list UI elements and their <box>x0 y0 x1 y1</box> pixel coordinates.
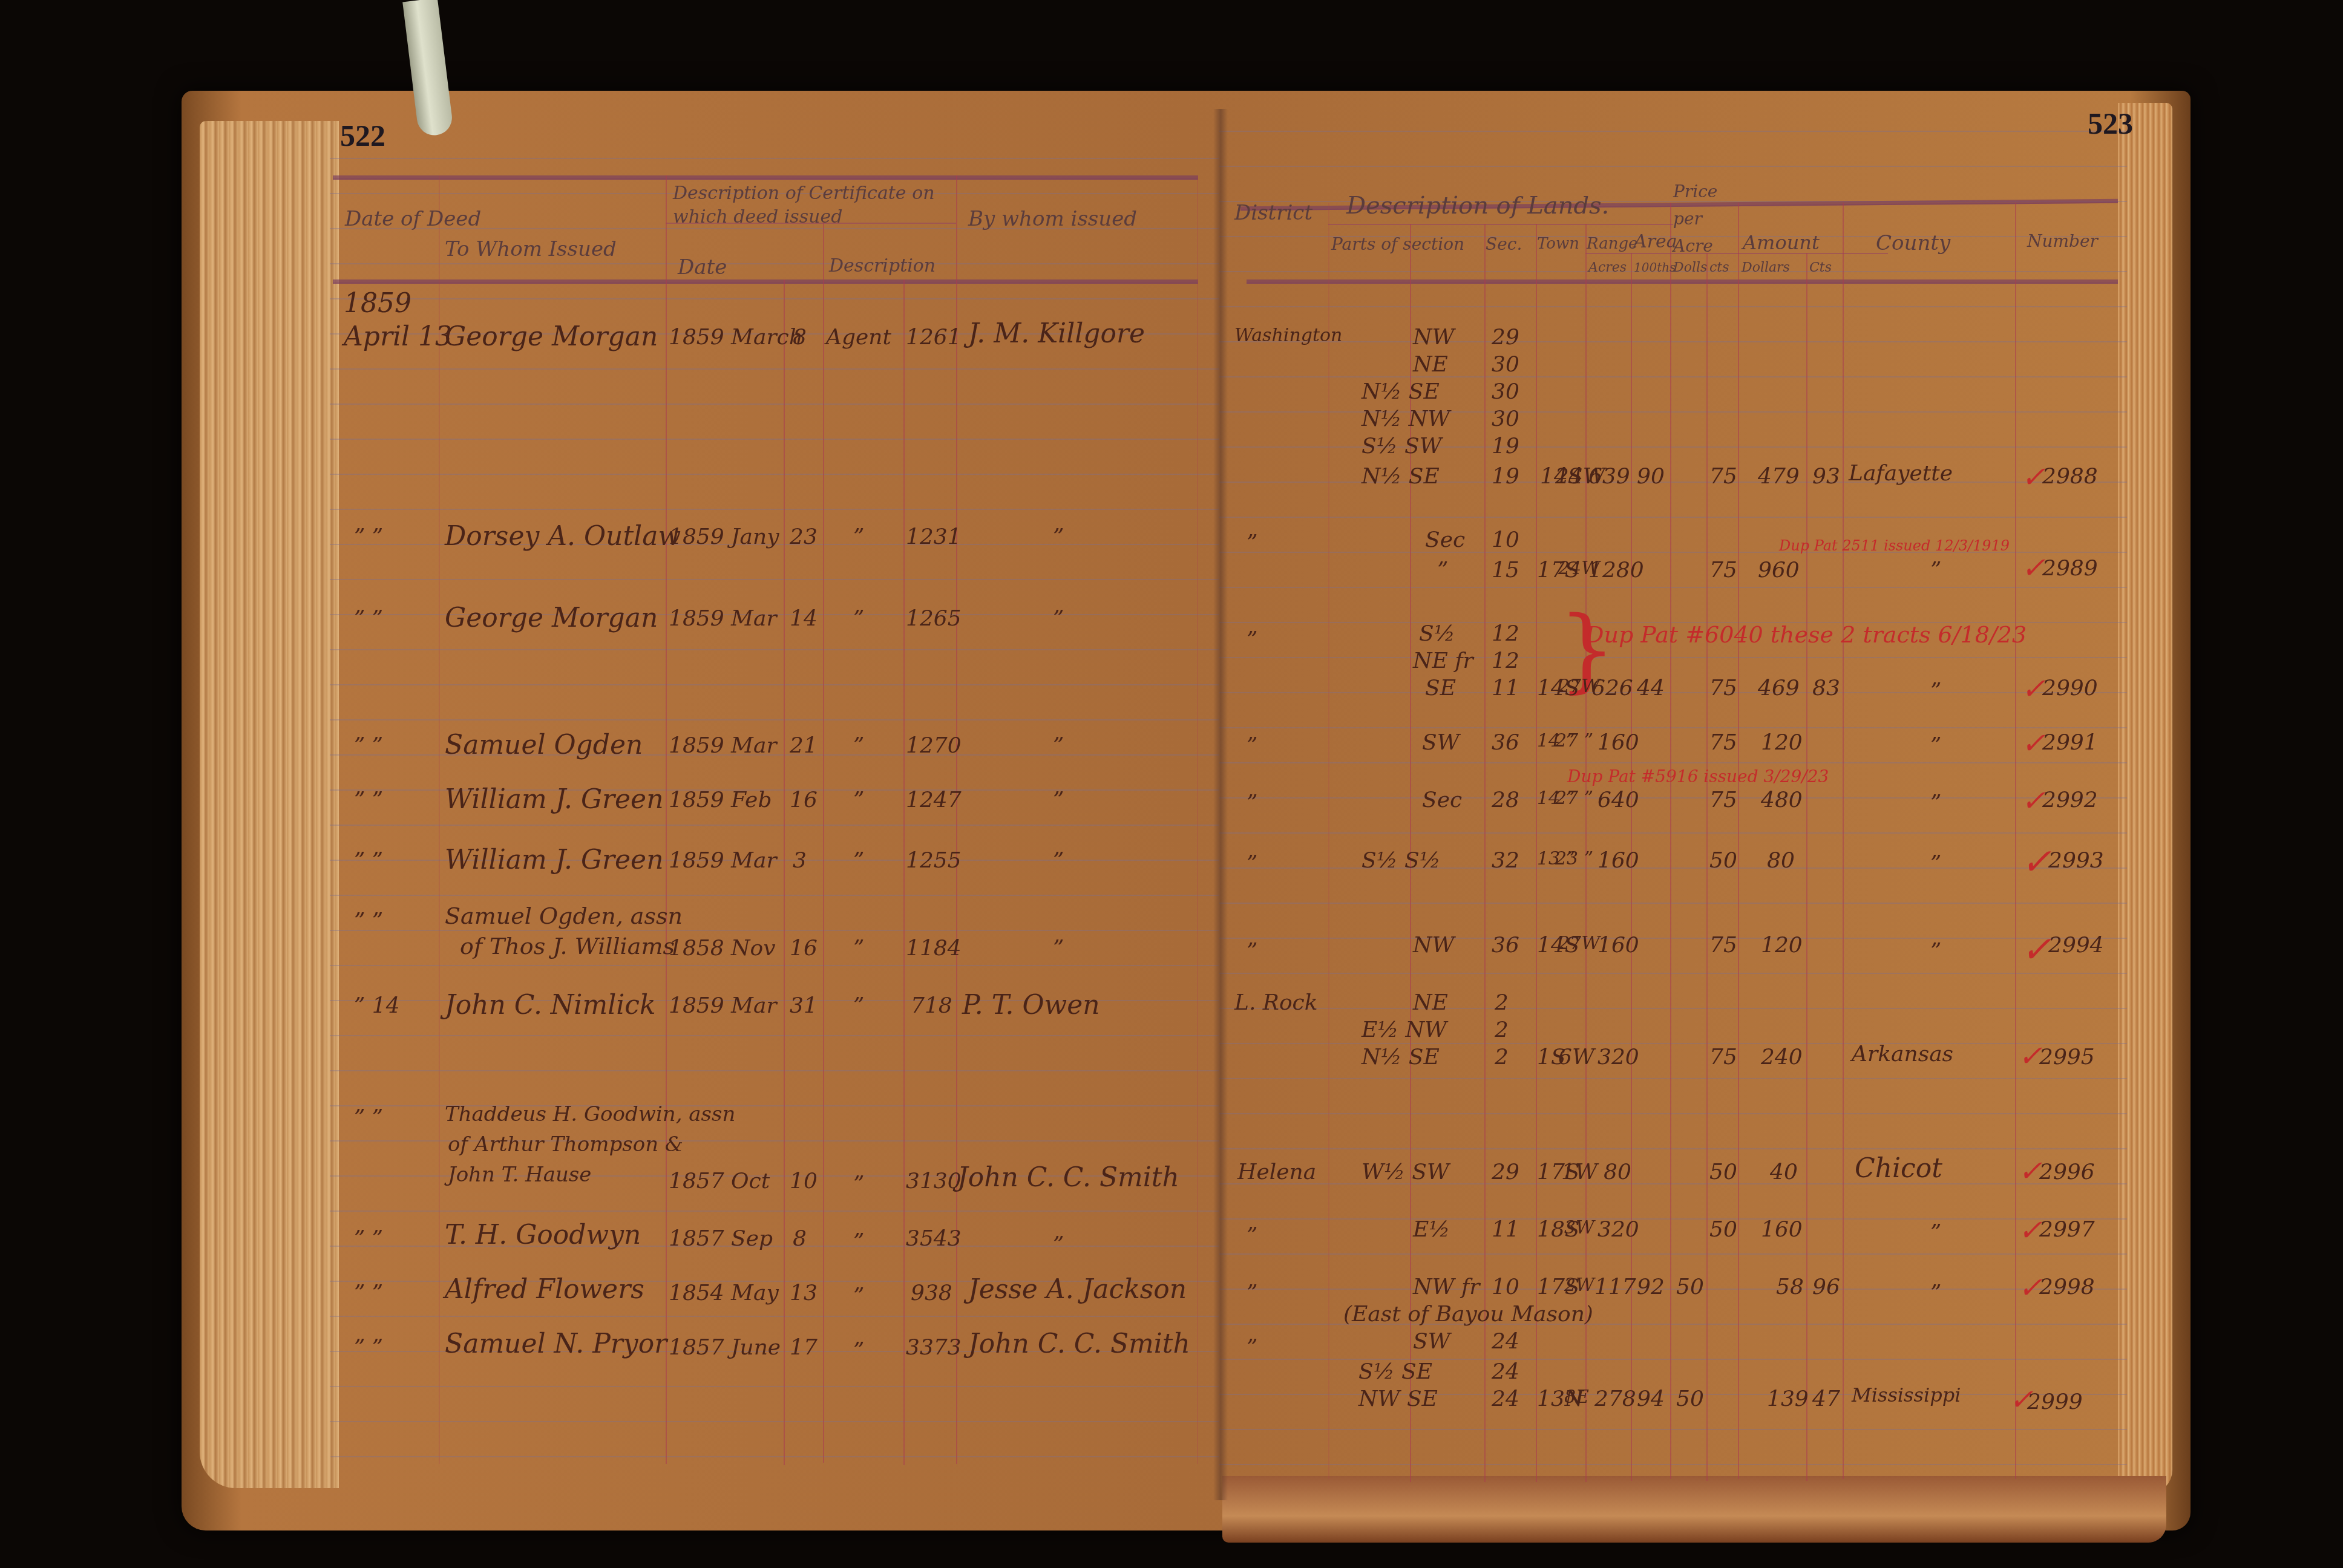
cert-day: 10 <box>790 1171 818 1192</box>
range: 2W <box>1564 1276 1594 1295</box>
part-of-section: ” <box>1437 560 1448 581</box>
deed-number: 2993 <box>2048 850 2104 872</box>
checkmark-icon: ✓ <box>2021 844 2051 880</box>
amount-dollars: 139 <box>1767 1388 1809 1410</box>
area-acres: 278 <box>1594 1388 1636 1410</box>
header-area: Area <box>1634 233 1677 251</box>
amount-dollars: 120 <box>1761 732 1803 754</box>
area-hundredths: 92 <box>1637 1276 1665 1298</box>
issued-by: John C. C. Smith <box>968 1331 1190 1357</box>
cert-day: 21 <box>790 735 818 757</box>
cert-number: 3130 <box>906 1171 962 1192</box>
issued-by: ” <box>1053 1234 1064 1256</box>
area-acres: 640 <box>1597 789 1639 811</box>
deed-date: ” ” <box>354 850 383 872</box>
red-annotation: Dup Pat 2511 issued 12/3/1919 <box>1779 538 2010 553</box>
district: ” <box>1247 1282 1257 1304</box>
section: 24 <box>1492 1388 1519 1410</box>
header-amount-dollars: Dollars <box>1742 261 1790 275</box>
part-of-section: NE <box>1413 354 1448 376</box>
deed-date: ” ” <box>354 608 383 630</box>
deed-number: 2991 <box>2042 732 2098 754</box>
cert-date: 1857 Oct <box>669 1171 770 1192</box>
part-of-section: NW <box>1413 327 1455 348</box>
amount-cts: 83 <box>1812 678 1840 699</box>
deed-date: ” ” <box>354 1107 383 1129</box>
county: ” <box>1930 853 1941 875</box>
area-hundredths: 44 <box>1637 678 1665 699</box>
col-rule <box>2015 203 2016 1479</box>
deed-number: 2992 <box>2042 789 2098 811</box>
section: 12 <box>1492 650 1519 672</box>
area-acres: 1280 <box>1588 560 1644 581</box>
district: ” <box>1247 1337 1257 1359</box>
part-of-section: NW fr <box>1413 1276 1480 1298</box>
cert-desc: ” <box>853 938 864 959</box>
price-cts: 50 <box>1676 1388 1704 1410</box>
header-cert-date: Date <box>678 257 727 278</box>
cert-desc: ” <box>853 608 864 630</box>
col-rule <box>1806 253 1807 1481</box>
col-rule <box>1197 175 1198 1464</box>
section: 2 <box>1495 1019 1509 1041</box>
cert-day: 16 <box>790 789 818 811</box>
cert-date: 1854 May <box>669 1282 779 1304</box>
part-of-section: N½ SE <box>1362 381 1440 403</box>
cert-date: 1857 Sep <box>669 1228 773 1250</box>
issued-by: P. T. Owen <box>962 992 1100 1019</box>
issued-by: ” <box>1053 735 1064 757</box>
header-acres: Acres <box>1588 261 1627 275</box>
section: 36 <box>1492 732 1519 754</box>
area-acres: 80 <box>1604 1161 1631 1183</box>
price-cts: 75 <box>1709 678 1737 699</box>
header-by-whom-issued: By whom issued <box>968 209 1137 229</box>
amount-dollars: 160 <box>1761 1219 1803 1241</box>
header-town: Town <box>1537 236 1579 252</box>
part-of-section: Sec <box>1425 529 1465 551</box>
cert-date: 1859 March <box>669 327 803 348</box>
header-district: District <box>1234 203 1312 223</box>
issued-by: ” <box>1053 789 1064 811</box>
header-number: Number <box>2027 233 2098 250</box>
deed-date: ” ” <box>354 789 383 811</box>
cert-date: 1859 Jany <box>669 526 779 548</box>
district: ” <box>1247 853 1257 875</box>
part-of-section: S½ S½ <box>1362 850 1441 872</box>
grantee-name: Samuel Ogden <box>445 732 643 759</box>
header-price-per-acre: Price per Acre <box>1673 178 1734 260</box>
col-rule <box>1670 203 1671 1479</box>
cert-date: 1857 June <box>669 1337 781 1359</box>
part-of-section: SW <box>1413 1331 1450 1353</box>
grantee-name: George Morgan <box>445 324 658 350</box>
col-rule <box>1843 203 1844 1479</box>
deed-date: ” ” <box>354 1282 383 1304</box>
part-of-section: E½ <box>1413 1219 1450 1241</box>
cert-number: 3543 <box>906 1228 962 1250</box>
grantee-name: George Morgan <box>445 605 658 632</box>
range: 8E <box>1564 1388 1589 1406</box>
section: 24 <box>1492 1361 1519 1383</box>
header-parts-of-section: Parts of section <box>1331 236 1464 253</box>
cert-desc: ” <box>853 1231 864 1253</box>
grantee-name: Samuel N. Pryor <box>445 1331 667 1357</box>
header-date-of-deed: Date of Deed <box>345 209 481 229</box>
cert-number: 1247 <box>906 789 962 811</box>
price-cts: 75 <box>1709 560 1737 581</box>
section: 2 <box>1495 992 1509 1014</box>
part-of-section: W½ SW <box>1362 1161 1449 1183</box>
range: 1W <box>1561 1161 1597 1183</box>
range: 27 ” <box>1555 789 1593 808</box>
district: L. Rock <box>1234 992 1318 1014</box>
header-certificate-description: Description of Certificate on which deed… <box>673 181 951 229</box>
cert-number: 718 <box>911 995 952 1017</box>
issued-by: John C. C. Smith <box>957 1165 1179 1191</box>
district: Washington <box>1234 327 1342 345</box>
cert-desc: ” <box>853 789 864 811</box>
grantee-name: John C. Nimlick <box>445 992 656 1019</box>
district: ” <box>1247 792 1257 814</box>
part-of-section: S½ <box>1419 623 1455 645</box>
area-acres: 160 <box>1597 935 1639 956</box>
section: 19 <box>1492 466 1519 488</box>
cert-date: 1859 Mar <box>669 608 777 630</box>
price-cts: 50 <box>1676 1276 1704 1298</box>
col-rule <box>666 175 667 1464</box>
cert-day: 16 <box>790 938 818 959</box>
lands-group-rule <box>1328 224 1673 225</box>
section: 29 <box>1492 1161 1519 1183</box>
header-amount: Amount <box>1743 233 1820 252</box>
part-of-section: S½ SE <box>1358 1361 1432 1383</box>
price-cts: 75 <box>1709 1047 1737 1068</box>
area-acres: 160 <box>1597 732 1639 754</box>
grantee-name: T. H. Goodwyn <box>445 1222 641 1249</box>
section: 11 <box>1492 678 1519 699</box>
deed-number: 2988 <box>2042 466 2098 488</box>
cert-day: 14 <box>790 608 818 630</box>
section: 30 <box>1492 381 1519 403</box>
cert-day: 17 <box>790 1337 818 1359</box>
amount-dollars: 58 <box>1776 1276 1804 1298</box>
amount-dollars: 960 <box>1758 560 1800 581</box>
left-header-bottom-rule <box>333 279 1198 284</box>
area-acres: 320 <box>1597 1047 1639 1068</box>
part-of-section: SW <box>1422 732 1460 754</box>
area-acres: 639 <box>1588 466 1630 488</box>
county: Chicot <box>1855 1155 1942 1182</box>
cert-desc: ” <box>853 1285 864 1307</box>
part-of-section: NW <box>1413 935 1455 956</box>
grantee-name-line3: John T. Hause <box>448 1165 591 1185</box>
col-rule <box>956 175 957 1464</box>
cert-date: 1859 Mar <box>669 735 777 757</box>
header-amount-cts: Cts <box>1809 261 1832 275</box>
issued-by: ” <box>1053 850 1064 872</box>
grantee-name: William J. Green <box>445 847 663 874</box>
deed-number: 2989 <box>2042 558 2098 580</box>
price-cts: 75 <box>1709 466 1737 488</box>
header-to-whom-issued: To Whom Issued <box>445 239 617 260</box>
price-cts: 75 <box>1709 732 1737 754</box>
cert-day: 8 <box>793 327 807 348</box>
amount-cts: 93 <box>1812 466 1840 488</box>
part-of-section: N½ SE <box>1362 466 1440 488</box>
area-acres: 320 <box>1597 1219 1639 1241</box>
deed-date: ” ” <box>354 735 383 757</box>
cert-desc: ” <box>853 850 864 872</box>
range: 27 ” <box>1555 732 1593 750</box>
deed-number: 2999 <box>2027 1391 2083 1413</box>
issued-by: ” <box>1053 608 1064 630</box>
cert-desc: Agent <box>826 327 891 348</box>
col-rule <box>1484 224 1486 1482</box>
section: 15 <box>1492 560 1519 581</box>
location-note: (East of Bayou Mason) <box>1343 1304 1593 1325</box>
range: 27W <box>1558 935 1600 953</box>
price-cts: 75 <box>1709 935 1737 956</box>
issued-by: ” <box>1053 938 1064 959</box>
cert-desc: ” <box>853 1174 864 1195</box>
section: 24 <box>1492 1331 1519 1353</box>
page-stack-left <box>200 121 339 1488</box>
cert-number: 938 <box>911 1282 952 1304</box>
header-county: County <box>1876 233 1950 253</box>
header-price-cts: cts <box>1709 261 1729 275</box>
section: 29 <box>1492 327 1519 348</box>
area-acres: 160 <box>1597 850 1639 872</box>
price-cts: 50 <box>1709 1219 1737 1241</box>
cert-date: 1859 Mar <box>669 995 777 1017</box>
section: 10 <box>1492 1276 1519 1298</box>
cert-desc: ” <box>853 735 864 757</box>
district: ” <box>1247 735 1257 757</box>
cert-day: 8 <box>793 1228 807 1250</box>
checkmark-icon: ✓ <box>2021 932 2051 968</box>
section: 2 <box>1495 1047 1509 1068</box>
deed-date: ” ” <box>354 1228 383 1250</box>
col-rule <box>784 279 785 1465</box>
amount-dollars: 40 <box>1770 1161 1798 1183</box>
deed-date: ” ” <box>354 1337 383 1359</box>
area-acres: 117 <box>1594 1276 1636 1298</box>
col-rule <box>439 175 440 1464</box>
amount-cts: 96 <box>1812 1276 1840 1298</box>
county: ” <box>1930 560 1941 581</box>
deed-number: 2995 <box>2039 1047 2095 1068</box>
county: Arkansas <box>1852 1044 1953 1065</box>
county: ” <box>1930 792 1941 814</box>
cert-number: 1270 <box>906 735 962 757</box>
section: 30 <box>1492 354 1519 376</box>
grantee-name: Dorsey A. Outlaw <box>445 523 681 550</box>
col-rule <box>823 223 824 1463</box>
amount-dollars: 480 <box>1761 789 1803 811</box>
amount-dollars: 240 <box>1761 1047 1803 1068</box>
cert-date: 1859 Feb <box>669 789 772 811</box>
part-of-section: NE <box>1413 992 1448 1014</box>
district: ” <box>1247 532 1257 554</box>
issued-by: Jesse A. Jackson <box>968 1276 1187 1303</box>
deed-number: 2994 <box>2048 935 2104 956</box>
area-acres: 626 <box>1591 678 1633 699</box>
red-annotation: Dup Pat #6040 these 2 tracts 6/18/23 <box>1585 623 2027 646</box>
red-annotation: Dup Pat #5916 issued 3/29/23 <box>1567 768 1829 785</box>
issued-by: ” <box>1053 526 1064 548</box>
cert-desc: ” <box>853 995 864 1017</box>
header-range: Range <box>1587 236 1637 252</box>
part-of-section: NE fr <box>1413 650 1473 672</box>
issued-by: J. M. Killgore <box>968 321 1145 347</box>
area-hundredths: 90 <box>1637 466 1665 488</box>
amount-dollars: 80 <box>1767 850 1795 872</box>
amount-dollars: 469 <box>1758 678 1800 699</box>
cert-day: 13 <box>790 1282 818 1304</box>
area-hundredths: 94 <box>1637 1388 1665 1410</box>
page-number-right: 523 <box>2088 106 2133 141</box>
col-rule <box>903 279 905 1465</box>
district: ” <box>1247 941 1257 962</box>
county: ” <box>1930 1282 1941 1304</box>
cert-number: 1184 <box>906 938 962 959</box>
deed-number: 2997 <box>2039 1219 2095 1241</box>
range: 3W <box>1564 1219 1594 1237</box>
section: 12 <box>1492 623 1519 645</box>
price-cts: 50 <box>1709 1161 1737 1183</box>
deed-number: 2996 <box>2039 1161 2095 1183</box>
section: 32 <box>1492 850 1519 872</box>
right-header-bottom-rule <box>1247 279 2118 284</box>
section: 10 <box>1492 529 1519 551</box>
deed-date: ” ” <box>354 526 383 548</box>
part-of-section: N½ NW <box>1362 408 1450 430</box>
cert-date: 1858 Nov <box>669 938 776 959</box>
grantee-name-line2: of Arthur Thompson & <box>448 1134 683 1155</box>
part-of-section: N½ SE <box>1362 1047 1440 1068</box>
range: 23 ” <box>1555 850 1593 868</box>
amount-cts: 47 <box>1812 1388 1840 1410</box>
col-rule <box>1328 203 1329 1479</box>
county: ” <box>1930 735 1941 757</box>
county: ” <box>1930 681 1941 702</box>
deed-date: ” 14 <box>354 995 400 1017</box>
cert-desc: ” <box>853 526 864 548</box>
header-sec: Sec. <box>1486 236 1522 253</box>
cert-number: 1231 <box>906 526 962 548</box>
part-of-section: S½ SW <box>1362 436 1442 457</box>
amount-dollars: 120 <box>1761 935 1803 956</box>
header-hundredths: 100ths <box>1634 261 1676 273</box>
page-number-left: 522 <box>340 118 385 153</box>
grantee-name-line2: of Thos J. Williams <box>460 935 675 958</box>
cert-date: 1859 Mar <box>669 850 777 872</box>
section: 30 <box>1492 408 1519 430</box>
section: 36 <box>1492 935 1519 956</box>
header-price-dolls: Dolls <box>1673 261 1707 275</box>
price-cts: 50 <box>1709 850 1737 872</box>
grantee-name: Samuel Ogden, assn <box>445 904 683 927</box>
range: 6W <box>1558 1047 1594 1068</box>
part-of-section: Sec <box>1422 789 1462 811</box>
cert-day: 23 <box>790 526 818 548</box>
price-cts: 75 <box>1709 789 1737 811</box>
county: ” <box>1930 941 1941 962</box>
county: Lafayette <box>1849 463 1953 485</box>
year-heading: 1859 <box>344 290 411 317</box>
header-cert-description: Description <box>829 257 936 275</box>
grantee-name: William J. Green <box>445 786 663 813</box>
part-of-section: SE <box>1425 678 1456 699</box>
col-rule <box>1706 253 1708 1481</box>
cert-day: 3 <box>793 850 807 872</box>
col-rule <box>1738 203 1739 1479</box>
section: 11 <box>1492 1219 1519 1241</box>
deed-number: 2998 <box>2039 1276 2095 1298</box>
deed-number: 2990 <box>2042 678 2098 699</box>
grantee-name: Alfred Flowers <box>445 1276 644 1303</box>
county: ” <box>1930 1222 1941 1244</box>
grantee-name: Thaddeus H. Goodwin, assn <box>445 1104 735 1125</box>
section: 28 <box>1492 789 1519 811</box>
cert-day: 31 <box>790 995 818 1017</box>
district: Helena <box>1237 1161 1316 1183</box>
deed-date: ” ” <box>354 910 383 932</box>
section: 19 <box>1492 436 1519 457</box>
district: ” <box>1247 629 1257 651</box>
cert-desc: ” <box>853 1340 864 1362</box>
district: ” <box>1247 1225 1257 1247</box>
amount-dollars: 479 <box>1758 466 1800 488</box>
header-description-of-lands: Description of Lands. <box>1346 194 1609 218</box>
cert-number: 3373 <box>906 1337 962 1359</box>
cert-number: 1261 <box>906 327 962 348</box>
county: Mississippi <box>1852 1385 1961 1405</box>
left-header-top-rule <box>333 175 1198 180</box>
part-of-section: E½ NW <box>1362 1019 1447 1041</box>
cert-number: 1265 <box>906 608 962 630</box>
book-gutter <box>1213 109 1228 1500</box>
right-page <box>1219 97 2127 1494</box>
part-of-section: NW SE <box>1358 1388 1438 1410</box>
deed-date: April 13 <box>344 324 452 350</box>
cert-number: 1255 <box>906 850 962 872</box>
